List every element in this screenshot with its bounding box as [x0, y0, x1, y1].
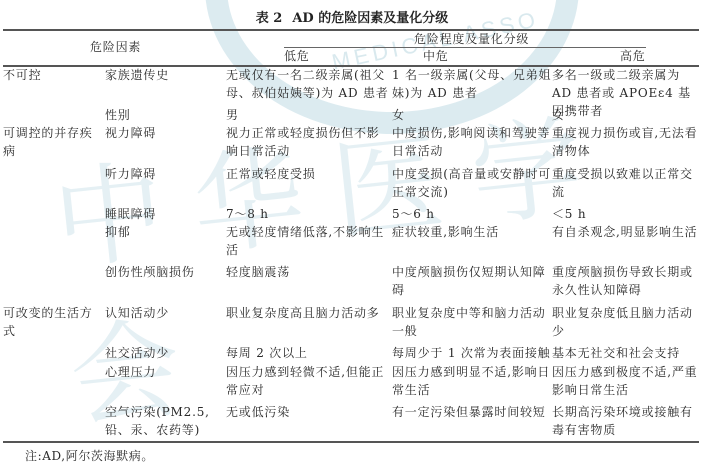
row-factor: 心理压力 — [105, 363, 223, 381]
table-title: 表 2AD 的危险因素及量化分级 — [0, 7, 704, 26]
row-high: 女 — [552, 106, 702, 124]
row-category: 不可控 — [3, 66, 103, 84]
row-mid: 女 — [392, 106, 552, 124]
row-factor: 社交活动少 — [105, 344, 223, 362]
row-low: 男 — [226, 106, 391, 124]
row-high: 基本无社交和社会支持 — [552, 344, 702, 362]
header-factor: 危险因素 — [90, 38, 141, 56]
header-level-mid: 中危 — [423, 47, 449, 65]
row-factor: 空气污染(PM2.5,铅、汞、农药等) — [105, 403, 223, 439]
row-mid: 1 名一级亲属(父母、兄弟姐妹)为 AD 患者 — [392, 66, 552, 102]
header-group: 危险程度及量化分级 — [414, 30, 529, 48]
row-mid: 症状较重,影响生活 — [392, 223, 552, 241]
row-mid: 中度颅脑损伤仅短期认知障碍 — [392, 263, 552, 299]
row-low: 每周 2 次以上 — [226, 344, 391, 362]
row-low: 无或仅有一名二级亲属(祖父母、叔伯姑姨等)为 AD 患者 — [226, 66, 391, 102]
row-high: 有自杀观念,明显影响生活 — [552, 223, 702, 241]
row-factor: 视力障碍 — [105, 124, 223, 142]
row-low: 正常或轻度受损 — [226, 165, 391, 183]
row-factor: 性别 — [105, 106, 223, 124]
row-high: 重度受损以致难以正常交流 — [552, 165, 702, 201]
row-factor: 睡眠障碍 — [105, 205, 223, 223]
row-high: 职业复杂度低且脑力活动少 — [552, 304, 702, 340]
header-level-high: 高危 — [620, 47, 646, 65]
row-factor: 创伤性颅脑损伤 — [105, 263, 223, 281]
table-title-text: AD 的危险因素及量化分级 — [292, 11, 448, 26]
table-footnote: 注:AD,阿尔茨海默病。 — [25, 447, 154, 464]
row-mid: 5～6 h — [392, 205, 552, 223]
row-factor: 家族遗传史 — [105, 66, 223, 84]
bottom-rule — [3, 441, 699, 443]
row-low: 轻度脑震荡 — [226, 263, 391, 281]
row-category: 可调控的并存疾病 — [3, 124, 103, 160]
row-low: 因压力感到轻微不适,但能正常应对 — [226, 363, 391, 399]
row-mid: 中度损伤,影响阅读和驾驶等日常活动 — [392, 124, 552, 160]
row-factor: 听力障碍 — [105, 165, 223, 183]
row-category: 可改变的生活方式 — [3, 304, 103, 340]
row-factor: 抑郁 — [105, 223, 223, 241]
row-mid: 有一定污染但暴露时间较短 — [392, 403, 552, 421]
row-low: 7～8 h — [226, 205, 391, 223]
row-high: ＜5 h — [552, 205, 702, 223]
header-level-low: 低危 — [284, 47, 310, 65]
row-high: 重度视力损伤或盲,无法看清物体 — [552, 124, 702, 160]
row-high: 重度颅脑损伤导致长期或永久性认知障碍 — [552, 263, 702, 299]
top-rule — [3, 29, 699, 31]
row-mid: 每周少于 1 次常为表面接触 — [392, 344, 552, 362]
row-mid: 因压力感到明显不适,影响日常生活 — [392, 363, 552, 399]
row-mid: 中度受损(高音量或安静时可正常交流) — [392, 165, 552, 201]
row-low: 职业复杂度高且脑力活动多 — [226, 304, 391, 322]
row-low: 无或轻度情绪低落,不影响生活 — [226, 223, 391, 259]
row-low: 视力正常或轻度损伤但不影响日常活动 — [226, 124, 391, 160]
row-factor: 认知活动少 — [105, 304, 223, 322]
row-high: 因压力感到极度不适,严重影响日常生活 — [552, 363, 702, 399]
row-mid: 职业复杂度中等和脑力活动一般 — [392, 304, 552, 340]
row-high: 长期高污染环境或接触有毒有害物质 — [552, 403, 702, 439]
table-number: 表 2 — [256, 11, 283, 26]
row-low: 无或低污染 — [226, 403, 391, 421]
